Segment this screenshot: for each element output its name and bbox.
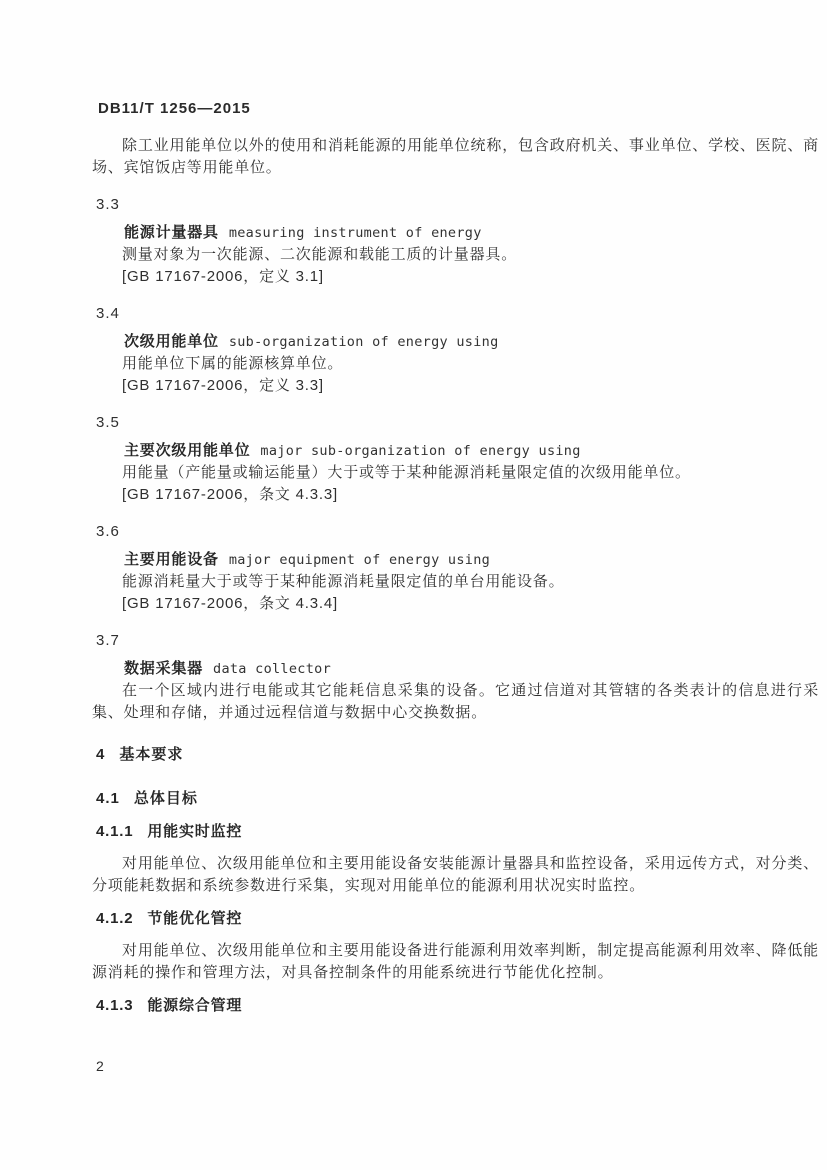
term-definition: 用能量（产能量或输运能量）大于或等于某种能源消耗量限定值的次级用能单位。 [92, 462, 819, 484]
document-page: DB11/T 1256—2015 除工业用能单位以外的使用和消耗能源的用能单位统… [0, 0, 827, 1170]
subsection-heading: 4.1.3能源综合管理 [92, 995, 819, 1017]
chapter-title: 基本要求 [119, 746, 183, 763]
clause-number: 3.6 [92, 521, 819, 543]
term-line: 数据采集器data collector [92, 658, 819, 680]
chapter-heading: 4基本要求 [92, 744, 819, 766]
term-clause: 3.4 次级用能单位sub-organization of energy usi… [92, 303, 819, 397]
term-clause: 3.5 主要次级用能单位major sub-organization of en… [92, 412, 819, 506]
term-name-zh: 能源计量器具 [124, 224, 219, 241]
subsection-title: 能源综合管理 [147, 997, 242, 1014]
term-definition: 在一个区域内进行电能或其它能耗信息采集的设备。它通过信道对其管辖的各类表计的信息… [92, 680, 819, 724]
clause-number: 3.5 [92, 412, 819, 434]
subsection: 4.1.2节能优化管控 对用能单位、次级用能单位和主要用能设备进行能源利用效率判… [92, 908, 819, 984]
page-content: DB11/T 1256—2015 除工业用能单位以外的使用和消耗能源的用能单位统… [92, 100, 819, 1017]
term-name-en: major equipment of energy using [229, 552, 490, 568]
term-clause: 3.3 能源计量器具measuring instrument of energy… [92, 194, 819, 288]
subsection-heading: 4.1.1用能实时监控 [92, 821, 819, 843]
section-title: 总体目标 [134, 790, 198, 807]
section-number: 4.1 [96, 790, 120, 807]
subsection-title: 用能实时监控 [147, 823, 242, 840]
subsection-heading: 4.1.2节能优化管控 [92, 908, 819, 930]
standard-code-header: DB11/T 1256—2015 [92, 100, 819, 117]
subsections-list: 4.1.1用能实时监控 对用能单位、次级用能单位和主要用能设备安装能源计量器具和… [92, 821, 819, 1017]
term-source: [GB 17167-2006，条文 4.3.3] [92, 484, 819, 506]
subsection-body: 对用能单位、次级用能单位和主要用能设备进行能源利用效率判断，制定提高能源利用效率… [92, 940, 819, 984]
term-clause: 3.6 主要用能设备major equipment of energy usin… [92, 521, 819, 615]
chapter-number: 4 [96, 746, 105, 763]
intro-paragraph: 除工业用能单位以外的使用和消耗能源的用能单位统称，包含政府机关、事业单位、学校、… [92, 135, 819, 179]
term-definition: 测量对象为一次能源、二次能源和载能工质的计量器具。 [92, 244, 819, 266]
clause-number: 3.7 [92, 630, 819, 652]
term-line: 能源计量器具measuring instrument of energy [92, 222, 819, 244]
term-definition: 用能单位下属的能源核算单位。 [92, 353, 819, 375]
term-definition: 能源消耗量大于或等于某种能源消耗量限定值的单台用能设备。 [92, 571, 819, 593]
subsection-body: 对用能单位、次级用能单位和主要用能设备安装能源计量器具和监控设备，采用远传方式，… [92, 853, 819, 897]
term-clause: 3.7 数据采集器data collector 在一个区域内进行电能或其它能耗信… [92, 630, 819, 724]
term-line: 次级用能单位sub-organization of energy using [92, 331, 819, 353]
page-number: 2 [96, 1058, 104, 1074]
subsection: 4.1.3能源综合管理 [92, 995, 819, 1017]
term-name-zh: 主要用能设备 [124, 551, 219, 568]
subsection-title: 节能优化管控 [147, 910, 242, 927]
term-name-zh: 主要次级用能单位 [124, 442, 250, 459]
section-heading: 4.1总体目标 [92, 788, 819, 810]
term-source: [GB 17167-2006，定义 3.3] [92, 375, 819, 397]
term-line: 主要次级用能单位major sub-organization of energy… [92, 440, 819, 462]
clause-number: 3.3 [92, 194, 819, 216]
term-source: [GB 17167-2006，条文 4.3.4] [92, 593, 819, 615]
term-name-en: data collector [213, 661, 331, 677]
subsection-number: 4.1.1 [96, 823, 133, 840]
term-name-en: sub-organization of energy using [229, 334, 499, 350]
term-line: 主要用能设备major equipment of energy using [92, 549, 819, 571]
term-source: [GB 17167-2006，定义 3.1] [92, 266, 819, 288]
term-name-zh: 数据采集器 [124, 660, 203, 677]
term-name-zh: 次级用能单位 [124, 333, 219, 350]
clause-number: 3.4 [92, 303, 819, 325]
terms-list: 3.3 能源计量器具measuring instrument of energy… [92, 194, 819, 724]
subsection-number: 4.1.2 [96, 910, 133, 927]
subsection: 4.1.1用能实时监控 对用能单位、次级用能单位和主要用能设备安装能源计量器具和… [92, 821, 819, 897]
term-name-en: measuring instrument of energy [229, 225, 482, 241]
subsection-number: 4.1.3 [96, 997, 133, 1014]
term-name-en: major sub-organization of energy using [260, 443, 580, 459]
